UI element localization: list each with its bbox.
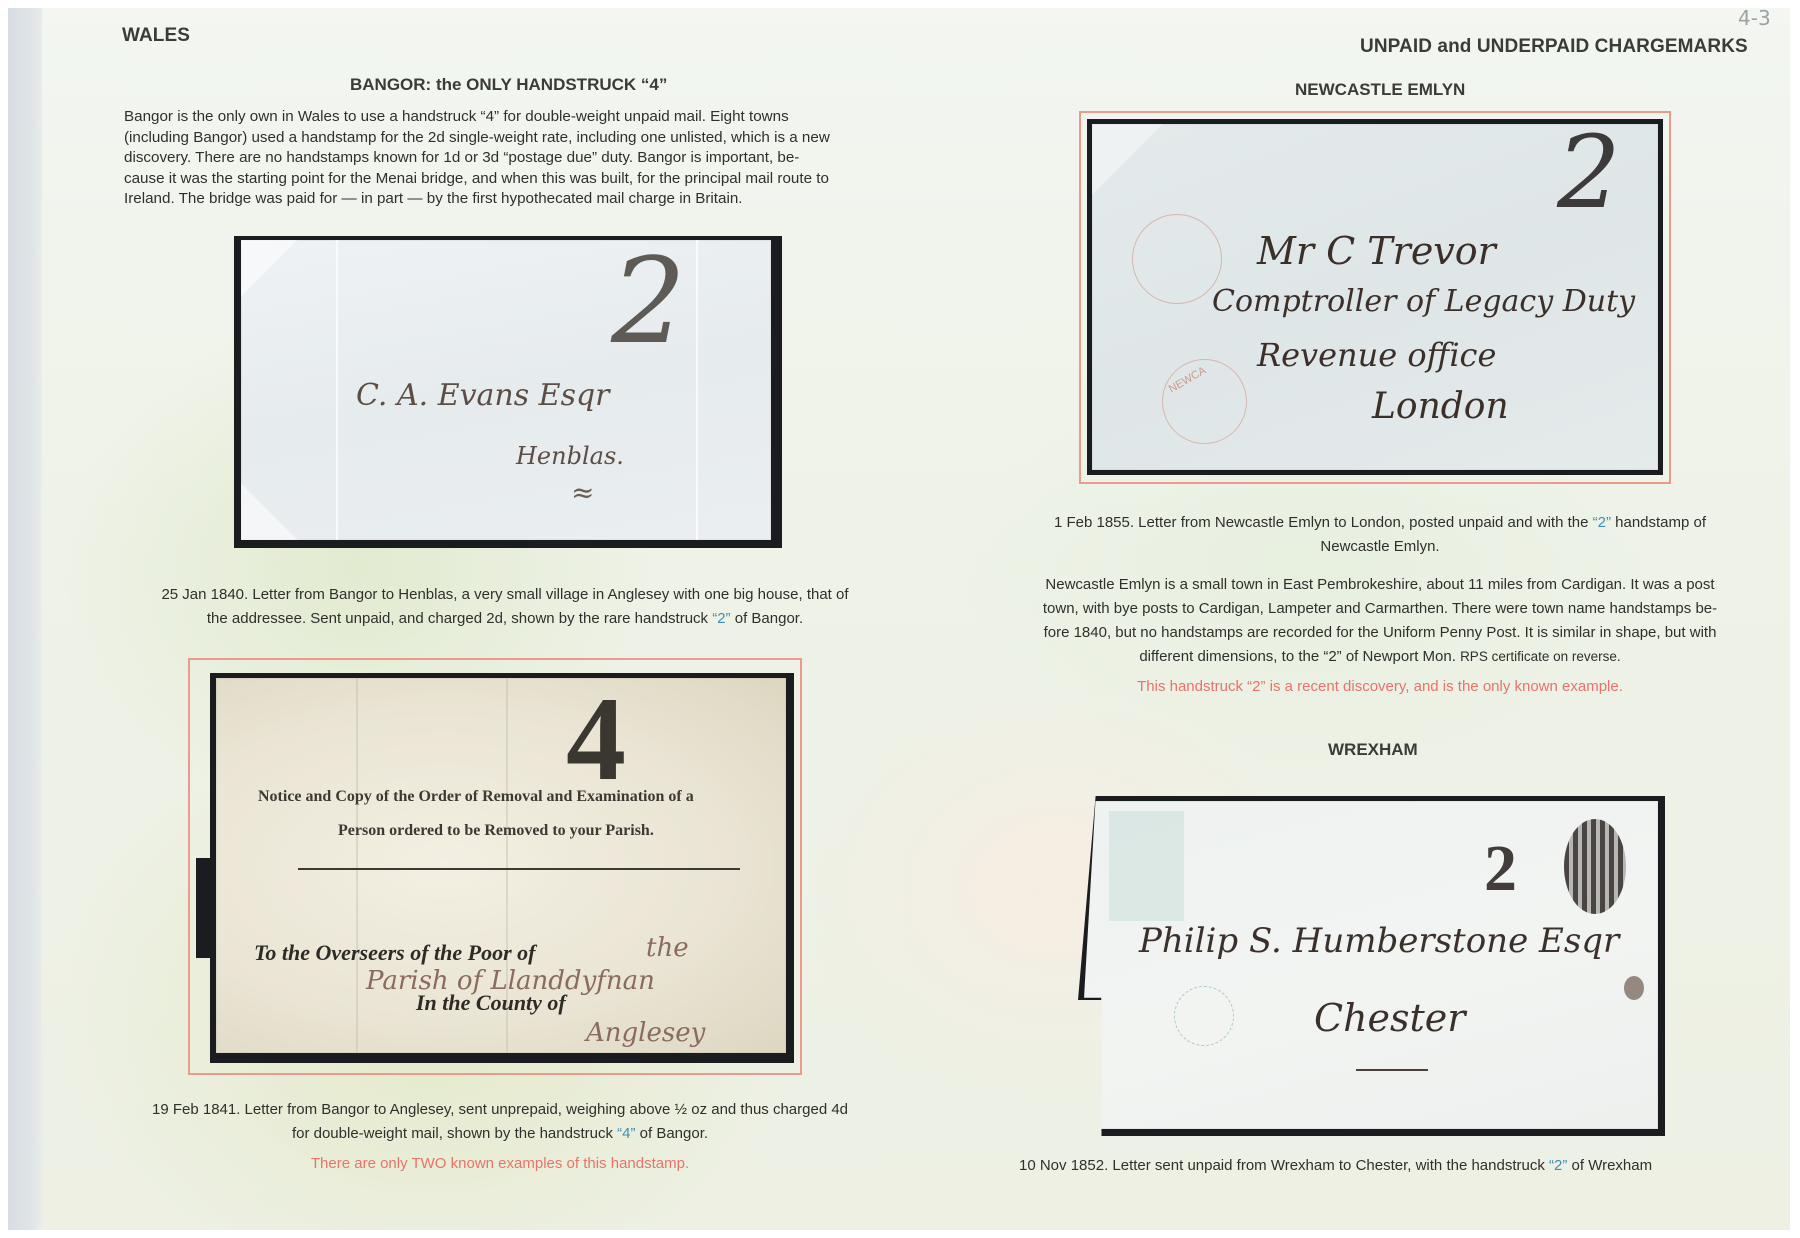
chargemark-ref: “4” <box>617 1125 635 1142</box>
manuscript: Parish of Llanddyfnan <box>366 966 655 996</box>
fold-line <box>336 240 338 540</box>
caption-text: of Wrexham <box>1567 1157 1652 1174</box>
fold-line <box>696 240 698 540</box>
address-line: Chester <box>1314 996 1465 1040</box>
caption-line: for double-weight mail, shown by the han… <box>100 1122 900 1146</box>
cover-paper: 4 Notice and Copy of the Order of Remova… <box>216 678 786 1053</box>
cover-mount-flap <box>196 858 216 958</box>
section-title: WALES <box>122 25 190 47</box>
caption-line: 1 Feb 1855. Letter from Newcastle Emlyn … <box>1005 511 1755 535</box>
printed-text: To the Overseers of the Poor of <box>254 940 536 966</box>
intro-line: Bangor is the only own in Wales to use a… <box>124 107 830 128</box>
rarity-note: This handstruck “2” is a recent discover… <box>995 675 1765 699</box>
rarity-note: There are only TWO known examples of thi… <box>100 1152 900 1176</box>
page-title: UNPAID and UNDERPAID CHARGEMARKS <box>1360 36 1748 58</box>
caption-text: of Bangor. <box>635 1125 708 1142</box>
flourish: ≈ <box>571 476 594 509</box>
corner-fold <box>1092 124 1163 195</box>
caption-wrexham: 10 Nov 1852. Letter sent unpaid from Wre… <box>1019 1154 1652 1178</box>
caption-text: of Bangor. <box>731 610 804 627</box>
caption-line: the addressee. Sent unpaid, and charged … <box>110 607 900 631</box>
chargemark-ref: “2” <box>712 610 730 627</box>
address-line: Henblas. <box>516 442 624 470</box>
description-line: town, with bye posts to Cardigan, Lampet… <box>995 597 1765 621</box>
address-line: Mr C Trevor <box>1257 229 1496 273</box>
chargemark-2: 2 <box>611 240 686 370</box>
cover-henblas[interactable]: 2 C. A. Evans Esqr Henblas. ≈ <box>234 236 782 548</box>
caption-text: handstamp of <box>1611 514 1706 531</box>
page-edge-strip <box>8 8 42 1230</box>
intro-line: (including Bangor) used a handstamp for … <box>124 128 830 149</box>
bangor-intro: Bangor is the only own in Wales to use a… <box>124 107 830 210</box>
caption-text: for double-weight mail, shown by the han… <box>292 1125 617 1142</box>
postmark-circle: NEWCA <box>1162 359 1247 444</box>
corner-fold <box>241 240 298 297</box>
fold-line <box>356 678 358 1053</box>
printed-rule <box>298 868 740 870</box>
newcastle-description: Newcastle Emlyn is a small town in East … <box>995 573 1765 699</box>
postmark-circle <box>1132 214 1222 304</box>
description-line: Newcastle Emlyn is a small town in East … <box>995 573 1765 597</box>
cover-paper: 2 Philip S. Humberstone Esqr Chester <box>1084 801 1658 1129</box>
intro-line: discovery. There are no handstamps known… <box>124 148 830 169</box>
cover-paper: NEWCA 2 Mr C Trevor Comptroller of Legac… <box>1092 124 1658 470</box>
address-line: C. A. Evans Esqr <box>356 378 610 413</box>
manuscript: Anglesey <box>586 1018 705 1048</box>
intro-line: cause it was the starting point for the … <box>124 169 830 190</box>
cover-paper: 2 C. A. Evans Esqr Henblas. ≈ <box>241 240 771 540</box>
description-line: fore 1840, but no handstamps are recorde… <box>995 621 1765 645</box>
printed-text: Notice and Copy of the Order of Removal … <box>258 788 694 806</box>
caption-text: the addressee. Sent unpaid, and charged … <box>207 610 712 627</box>
caption-text: 10 Nov 1852. Letter sent unpaid from Wre… <box>1019 1157 1549 1174</box>
chargemark-ref: “2” <box>1593 514 1611 531</box>
address-line: Philip S. Humberstone Esqr <box>1139 921 1619 961</box>
address-underline <box>1356 1069 1428 1071</box>
page-number-pencil: 4-3 <box>1738 6 1771 30</box>
intro-line: Ireland. The bridge was paid for — in pa… <box>124 189 830 210</box>
chargemark-2: 2 <box>1484 831 1517 907</box>
cover-order-of-removal[interactable]: 4 Notice and Copy of the Order of Remova… <box>196 668 794 1066</box>
caption-line: 19 Feb 1841. Letter from Bangor to Angle… <box>100 1098 900 1122</box>
ink-blot <box>1624 976 1644 1000</box>
postmark-circle <box>1174 986 1234 1046</box>
bangor-heading: BANGOR: the ONLY HANDSTRUCK “4” <box>350 75 667 95</box>
caption-henblas: 25 Jan 1840. Letter from Bangor to Henbl… <box>110 583 900 631</box>
caption-order-of-removal: 19 Feb 1841. Letter from Bangor to Angle… <box>100 1098 900 1176</box>
caption-line: Newcastle Emlyn. <box>1005 535 1755 559</box>
manuscript: the <box>646 933 689 963</box>
certificate-note: RPS certificate on reverse. <box>1460 649 1621 664</box>
caption-text: 1 Feb 1855. Letter from Newcastle Emlyn … <box>1054 514 1593 531</box>
caption-line: 25 Jan 1840. Letter from Bangor to Henbl… <box>110 583 900 607</box>
description-line: different dimensions, to the “2” of Newp… <box>995 645 1765 669</box>
address-line: Revenue office <box>1257 336 1496 374</box>
chargemark-2: 2 <box>1557 124 1621 231</box>
numeral-obliterator <box>1564 819 1626 914</box>
postmark-text: NEWCA <box>1167 365 1208 396</box>
cover-newcastle-emlyn[interactable]: NEWCA 2 Mr C Trevor Comptroller of Legac… <box>1087 119 1663 475</box>
cover-wrexham[interactable]: 2 Philip S. Humberstone Esqr Chester <box>1078 796 1665 1136</box>
address-line: Comptroller of Legacy Duty <box>1212 284 1635 319</box>
caption-newcastle-emlyn: 1 Feb 1855. Letter from Newcastle Emlyn … <box>1005 511 1755 559</box>
newcastle-heading: NEWCASTLE EMLYN <box>1295 80 1465 100</box>
printed-text: Person ordered to be Removed to your Par… <box>338 822 654 840</box>
description-text: different dimensions, to the “2” of Newp… <box>1139 648 1460 665</box>
address-line: London <box>1372 386 1509 427</box>
wrexham-heading: WREXHAM <box>1328 740 1418 760</box>
stamp-ghost <box>1109 811 1184 921</box>
chargemark-ref: “2” <box>1549 1157 1567 1174</box>
corner-fold <box>241 483 298 540</box>
